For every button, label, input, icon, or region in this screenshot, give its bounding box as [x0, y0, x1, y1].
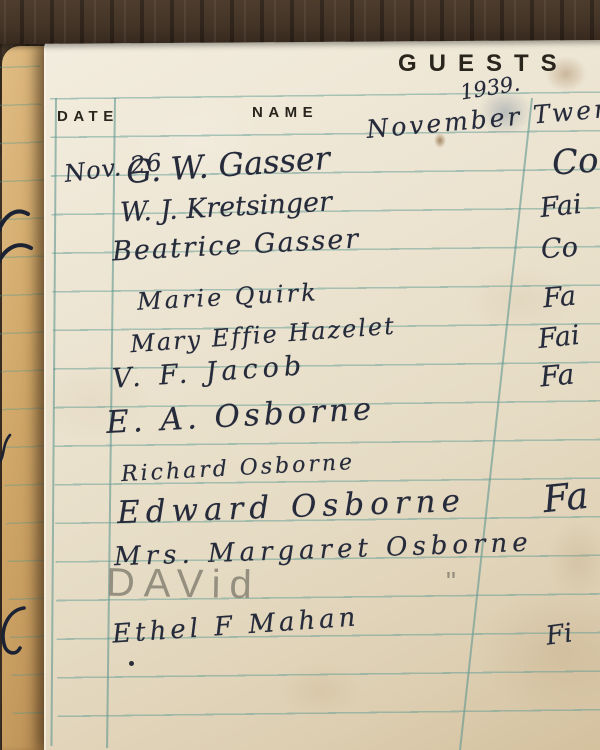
residence-fragment: Fai: [538, 189, 583, 224]
residence-fragment: Co: [551, 140, 600, 183]
ditto-mark: ": [446, 566, 456, 598]
column-header-date: DATE: [57, 108, 119, 125]
column-header-name: NAME: [252, 104, 318, 121]
residence-fragment: Fa: [539, 358, 576, 394]
ink-speck: [129, 661, 134, 666]
guestbook-photo: GUESTS 1939. DATE NAME November Twenty N…: [0, 0, 600, 750]
ink-fragment-upper-left: [0, 204, 34, 278]
residence-fragment: Fi: [544, 618, 574, 651]
guest-signature-pencil: DAVid: [106, 561, 261, 609]
residence-fragment: Fa: [541, 474, 590, 521]
residence-fragment: Fai: [536, 320, 581, 355]
residence-fragment: Co: [540, 232, 579, 266]
wood-table-edge: [0, 0, 600, 44]
page-title: GUESTS: [398, 50, 569, 78]
ink-fragment-middle-left: [0, 432, 13, 466]
residence-fragment: Fa: [542, 281, 578, 315]
ink-fragment-lower-left: [0, 600, 28, 668]
